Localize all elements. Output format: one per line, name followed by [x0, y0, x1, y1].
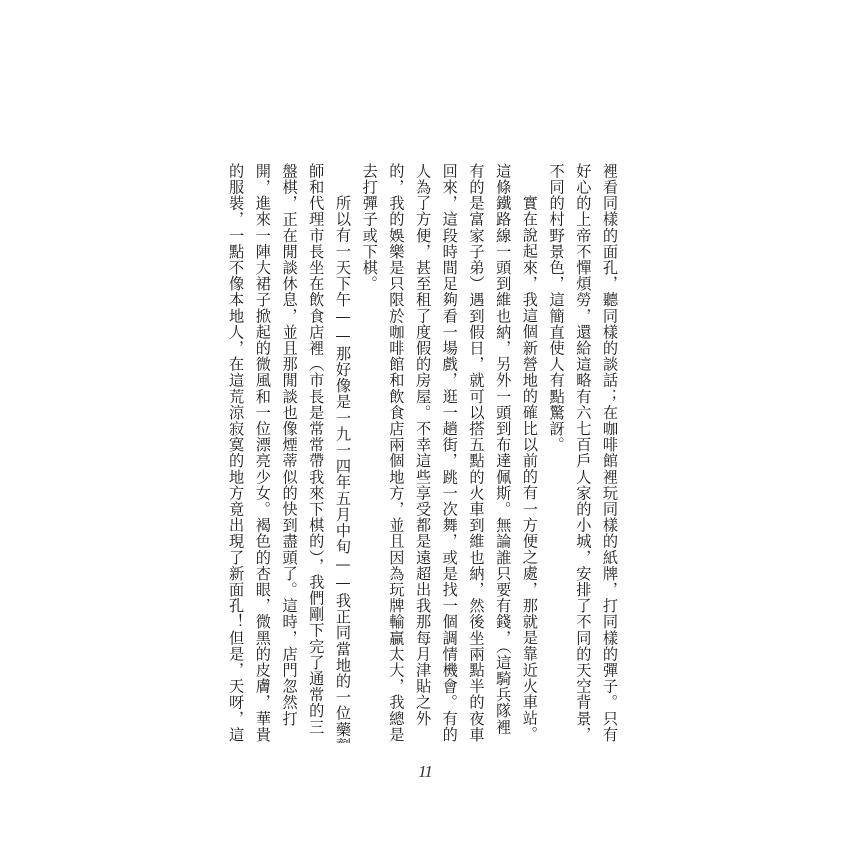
text-column-3: 不同的村野景色，這簡直使人有點驚訝。: [543, 163, 570, 743]
body-text-vertical: 裡看同樣的面孔，聽同樣的談話；在咖啡館裡玩同樣的紙牌，打同樣的彈子。只有 好心的…: [222, 163, 623, 743]
text-column-7: 回來，這段時間足夠看一場戲，逛一趟街，跳一次舞，或是找一個調情機會。有的: [436, 163, 463, 743]
text-column-14: 開，進來一陣大裙子掀起的微風和一位漂亮少女。褐色的杏眼，微黑的皮膚，華貴: [249, 163, 276, 743]
text-column-12: 師和代理市長坐在飲食店裡（市長是常常帶我來下棋的），我們剛下完了通常的三: [303, 163, 330, 743]
book-page: 裡看同樣的面孔，聽同樣的談話；在咖啡館裡玩同樣的紙牌，打同樣的彈子。只有 好心的…: [0, 0, 850, 850]
text-column-15: 的服裝，一點不像本地人，在這荒涼寂寞的地方竟出現了新面孔！但是，天呀，這: [222, 163, 249, 743]
page-number: 11: [0, 762, 850, 782]
text-column-4-paragraph-start: 實在說起來，我這個新營地的確比以前的有一方便之處，那就是靠近火車站。: [516, 163, 543, 743]
text-column-5: 這條鐵路線一頭到維也納，另外一頭到布達佩斯。無論誰只要有錢，（這騎兵隊裡: [489, 163, 516, 743]
text-column-1: 裡看同樣的面孔，聽同樣的談話；在咖啡館裡玩同樣的紙牌，打同樣的彈子。只有: [596, 163, 623, 743]
text-column-8: 人為了方便，甚至租了度假的房屋。不幸這些享受都是遠超出我那每月津貼之外: [409, 163, 436, 743]
text-column-6: 有的是富家子弟）遇到假日，就可以搭五點的火車到維也納，然後坐兩點半的夜車: [463, 163, 490, 743]
text-column-2: 好心的上帝不憚煩勞，還給這略有六七百戶人家的小城，安排了不同的天空背景，: [570, 163, 597, 743]
text-column-11-paragraph-start: 所以有一天下午——那好像是一九一四年五月中旬——我正同當地的一位藥劑: [329, 163, 356, 743]
text-column-10: 去打彈子或下棋。: [356, 163, 383, 743]
text-column-9: 的，我的娛樂是只限於咖啡館和飲食店兩個地方，並且因為玩牌輸贏太大，我總是: [383, 163, 410, 743]
text-column-13: 盤棋，正在閒談休息，並且那閒談也像煙蒂似的快到盡頭了。這時，店門忽然打: [276, 163, 303, 743]
